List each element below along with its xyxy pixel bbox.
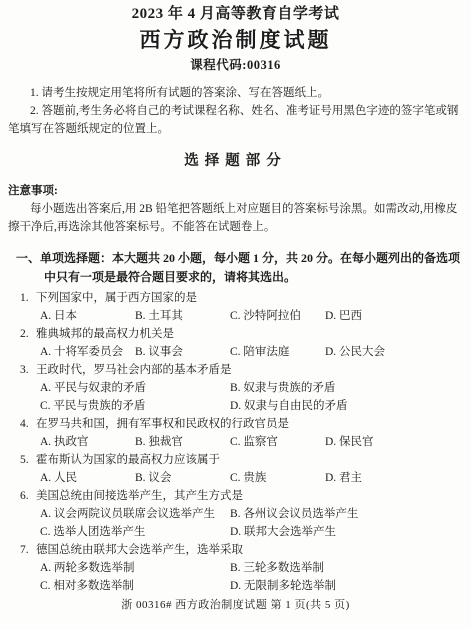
option-a: A. 执政官 <box>40 433 135 451</box>
question-stem: 6.美国总统由间接选举产生，其产生方式是 <box>8 487 463 505</box>
question-number: 2. <box>20 325 36 343</box>
part-one-heading: 一、单项选择题：本大题共 20 小题，每小题 1 分，共 20 分。在每小题列出… <box>16 249 463 287</box>
question-stem: 3.王政时代，罗马社会内部的基本矛盾是 <box>8 361 463 379</box>
question-6: 6.美国总统由间接选举产生，其产生方式是 A. 议会两院议员联席会议选举产生 B… <box>8 487 463 541</box>
question-stem: 4.在罗马共和国，拥有军事权和民政权的行政官员是 <box>8 415 463 433</box>
option-b: B. 土耳其 <box>135 307 230 325</box>
question-stem: 2.雅典城邦的最高权力机关是 <box>8 325 463 343</box>
question-number: 7. <box>20 541 36 559</box>
exam-session-title: 2023 年 4 月高等教育自学考试 <box>8 4 463 24</box>
question-text: 下列国家中，属于西方国家的是 <box>36 292 197 304</box>
option-c: C. 相对多数选举制 <box>40 577 230 595</box>
course-code: 课程代码:00316 <box>8 57 463 73</box>
option-d: D. 保民官 <box>325 433 463 451</box>
question-stem: 5.霍布斯认为国家的最高权力应该属于 <box>8 451 463 469</box>
question-7: 7.德国总统由联邦大会选举产生，选举采取 A. 两轮多数选举制 B. 三轮多数选… <box>8 541 463 595</box>
question-text: 德国总统由联邦大会选举产生，选举采取 <box>36 544 243 556</box>
question-text: 王政时代，罗马社会内部的基本矛盾是 <box>36 364 232 376</box>
question-number: 4. <box>20 415 36 433</box>
question-number: 5. <box>20 451 36 469</box>
option-row: A. 日本 B. 土耳其 C. 沙特阿拉伯 D. 巴西 <box>8 307 463 325</box>
option-c: C. 沙特阿拉伯 <box>230 307 325 325</box>
page-footer: 浙 00316# 西方政治制度试题 第 1 页(共 5 页) <box>0 596 471 614</box>
option-a: A. 日本 <box>40 307 135 325</box>
exam-title: 西方政治制度试题 <box>8 27 463 53</box>
option-d: D. 巴西 <box>325 307 463 325</box>
option-c: C. 贵族 <box>230 469 325 487</box>
option-row: A. 执政官 B. 独裁官 C. 监察官 D. 保民官 <box>8 433 463 451</box>
option-b: B. 奴隶与贵族的矛盾 <box>230 379 463 397</box>
exam-header: 2023 年 4 月高等教育自学考试 西方政治制度试题 课程代码:00316 <box>8 4 463 73</box>
option-b: B. 独裁官 <box>135 433 230 451</box>
option-d: D. 公民大会 <box>325 343 463 361</box>
option-row: A. 人民 B. 议会 C. 贵族 D. 君主 <box>8 469 463 487</box>
option-a: A. 平民与奴隶的矛盾 <box>40 379 230 397</box>
question-3: 3.王政时代，罗马社会内部的基本矛盾是 A. 平民与奴隶的矛盾 B. 奴隶与贵族… <box>8 361 463 415</box>
question-stem: 1.下列国家中，属于西方国家的是 <box>8 289 463 307</box>
option-c: C. 监察官 <box>230 433 325 451</box>
exam-instructions: 1. 请考生按规定用笔将所有试题的答案涂、写在答题纸上。 2. 答题前,考生务必… <box>8 84 463 138</box>
option-c: C. 陪审法庭 <box>230 343 325 361</box>
question-text: 美国总统由间接选举产生，其产生方式是 <box>36 490 243 502</box>
option-d: D. 君主 <box>325 469 463 487</box>
option-b: B. 议事会 <box>135 343 230 361</box>
question-number: 6. <box>20 487 36 505</box>
option-row: A. 议会两院议员联席会议选举产生 B. 各州议会议员选举产生 C. 选举人团选… <box>8 505 463 541</box>
option-c: C. 平民与贵族的矛盾 <box>40 397 230 415</box>
option-row: A. 十将军委员会 B. 议事会 C. 陪审法庭 D. 公民大会 <box>8 343 463 361</box>
option-d: D. 联邦大会选举产生 <box>230 523 463 541</box>
question-number: 1. <box>20 289 36 307</box>
option-a: A. 人民 <box>40 469 135 487</box>
option-d: D. 奴隶与自由民的矛盾 <box>230 397 463 415</box>
option-b: B. 各州议会议员选举产生 <box>230 505 463 523</box>
option-b: B. 三轮多数选举制 <box>230 559 463 577</box>
option-a: A. 十将军委员会 <box>40 343 135 361</box>
question-text: 在罗马共和国，拥有军事权和民政权的行政官员是 <box>36 418 289 430</box>
notice-body: 每小题选出答案后,用 2B 铅笔把答题纸上对应题目的答案标号涂黑。如需改动,用橡… <box>8 200 463 236</box>
option-d: D. 无限制多轮选举制 <box>230 577 463 595</box>
question-stem: 7.德国总统由联邦大会选举产生，选举采取 <box>8 541 463 559</box>
question-1: 1.下列国家中，属于西方国家的是 A. 日本 B. 土耳其 C. 沙特阿拉伯 D… <box>8 289 463 325</box>
question-text: 雅典城邦的最高权力机关是 <box>36 328 174 340</box>
instruction-item-1: 1. 请考生按规定用笔将所有试题的答案涂、写在答题纸上。 <box>8 84 463 102</box>
notice-label: 注意事项: <box>8 182 463 200</box>
option-row: A. 平民与奴隶的矛盾 B. 奴隶与贵族的矛盾 C. 平民与贵族的矛盾 D. 奴… <box>8 379 463 415</box>
option-a: A. 两轮多数选举制 <box>40 559 230 577</box>
question-number: 3. <box>20 361 36 379</box>
question-text: 霍布斯认为国家的最高权力应该属于 <box>36 454 220 466</box>
instruction-item-2: 2. 答题前,考生务必将自己的考试课程名称、姓名、准考证号用黑色字迹的签字笔或钢… <box>8 102 463 138</box>
notice-block: 注意事项: 每小题选出答案后,用 2B 铅笔把答题纸上对应题目的答案标号涂黑。如… <box>8 182 463 236</box>
option-c: C. 选举人团选举产生 <box>40 523 230 541</box>
question-list: 1.下列国家中，属于西方国家的是 A. 日本 B. 土耳其 C. 沙特阿拉伯 D… <box>8 289 463 595</box>
section-title: 选择题部分 <box>8 151 463 171</box>
question-5: 5.霍布斯认为国家的最高权力应该属于 A. 人民 B. 议会 C. 贵族 D. … <box>8 451 463 487</box>
option-b: B. 议会 <box>135 469 230 487</box>
option-a: A. 议会两院议员联席会议选举产生 <box>40 505 230 523</box>
option-row: A. 两轮多数选举制 B. 三轮多数选举制 C. 相对多数选举制 D. 无限制多… <box>8 559 463 595</box>
question-4: 4.在罗马共和国，拥有军事权和民政权的行政官员是 A. 执政官 B. 独裁官 C… <box>8 415 463 451</box>
exam-paper-page: 2023 年 4 月高等教育自学考试 西方政治制度试题 课程代码:00316 1… <box>0 0 471 630</box>
question-2: 2.雅典城邦的最高权力机关是 A. 十将军委员会 B. 议事会 C. 陪审法庭 … <box>8 325 463 361</box>
